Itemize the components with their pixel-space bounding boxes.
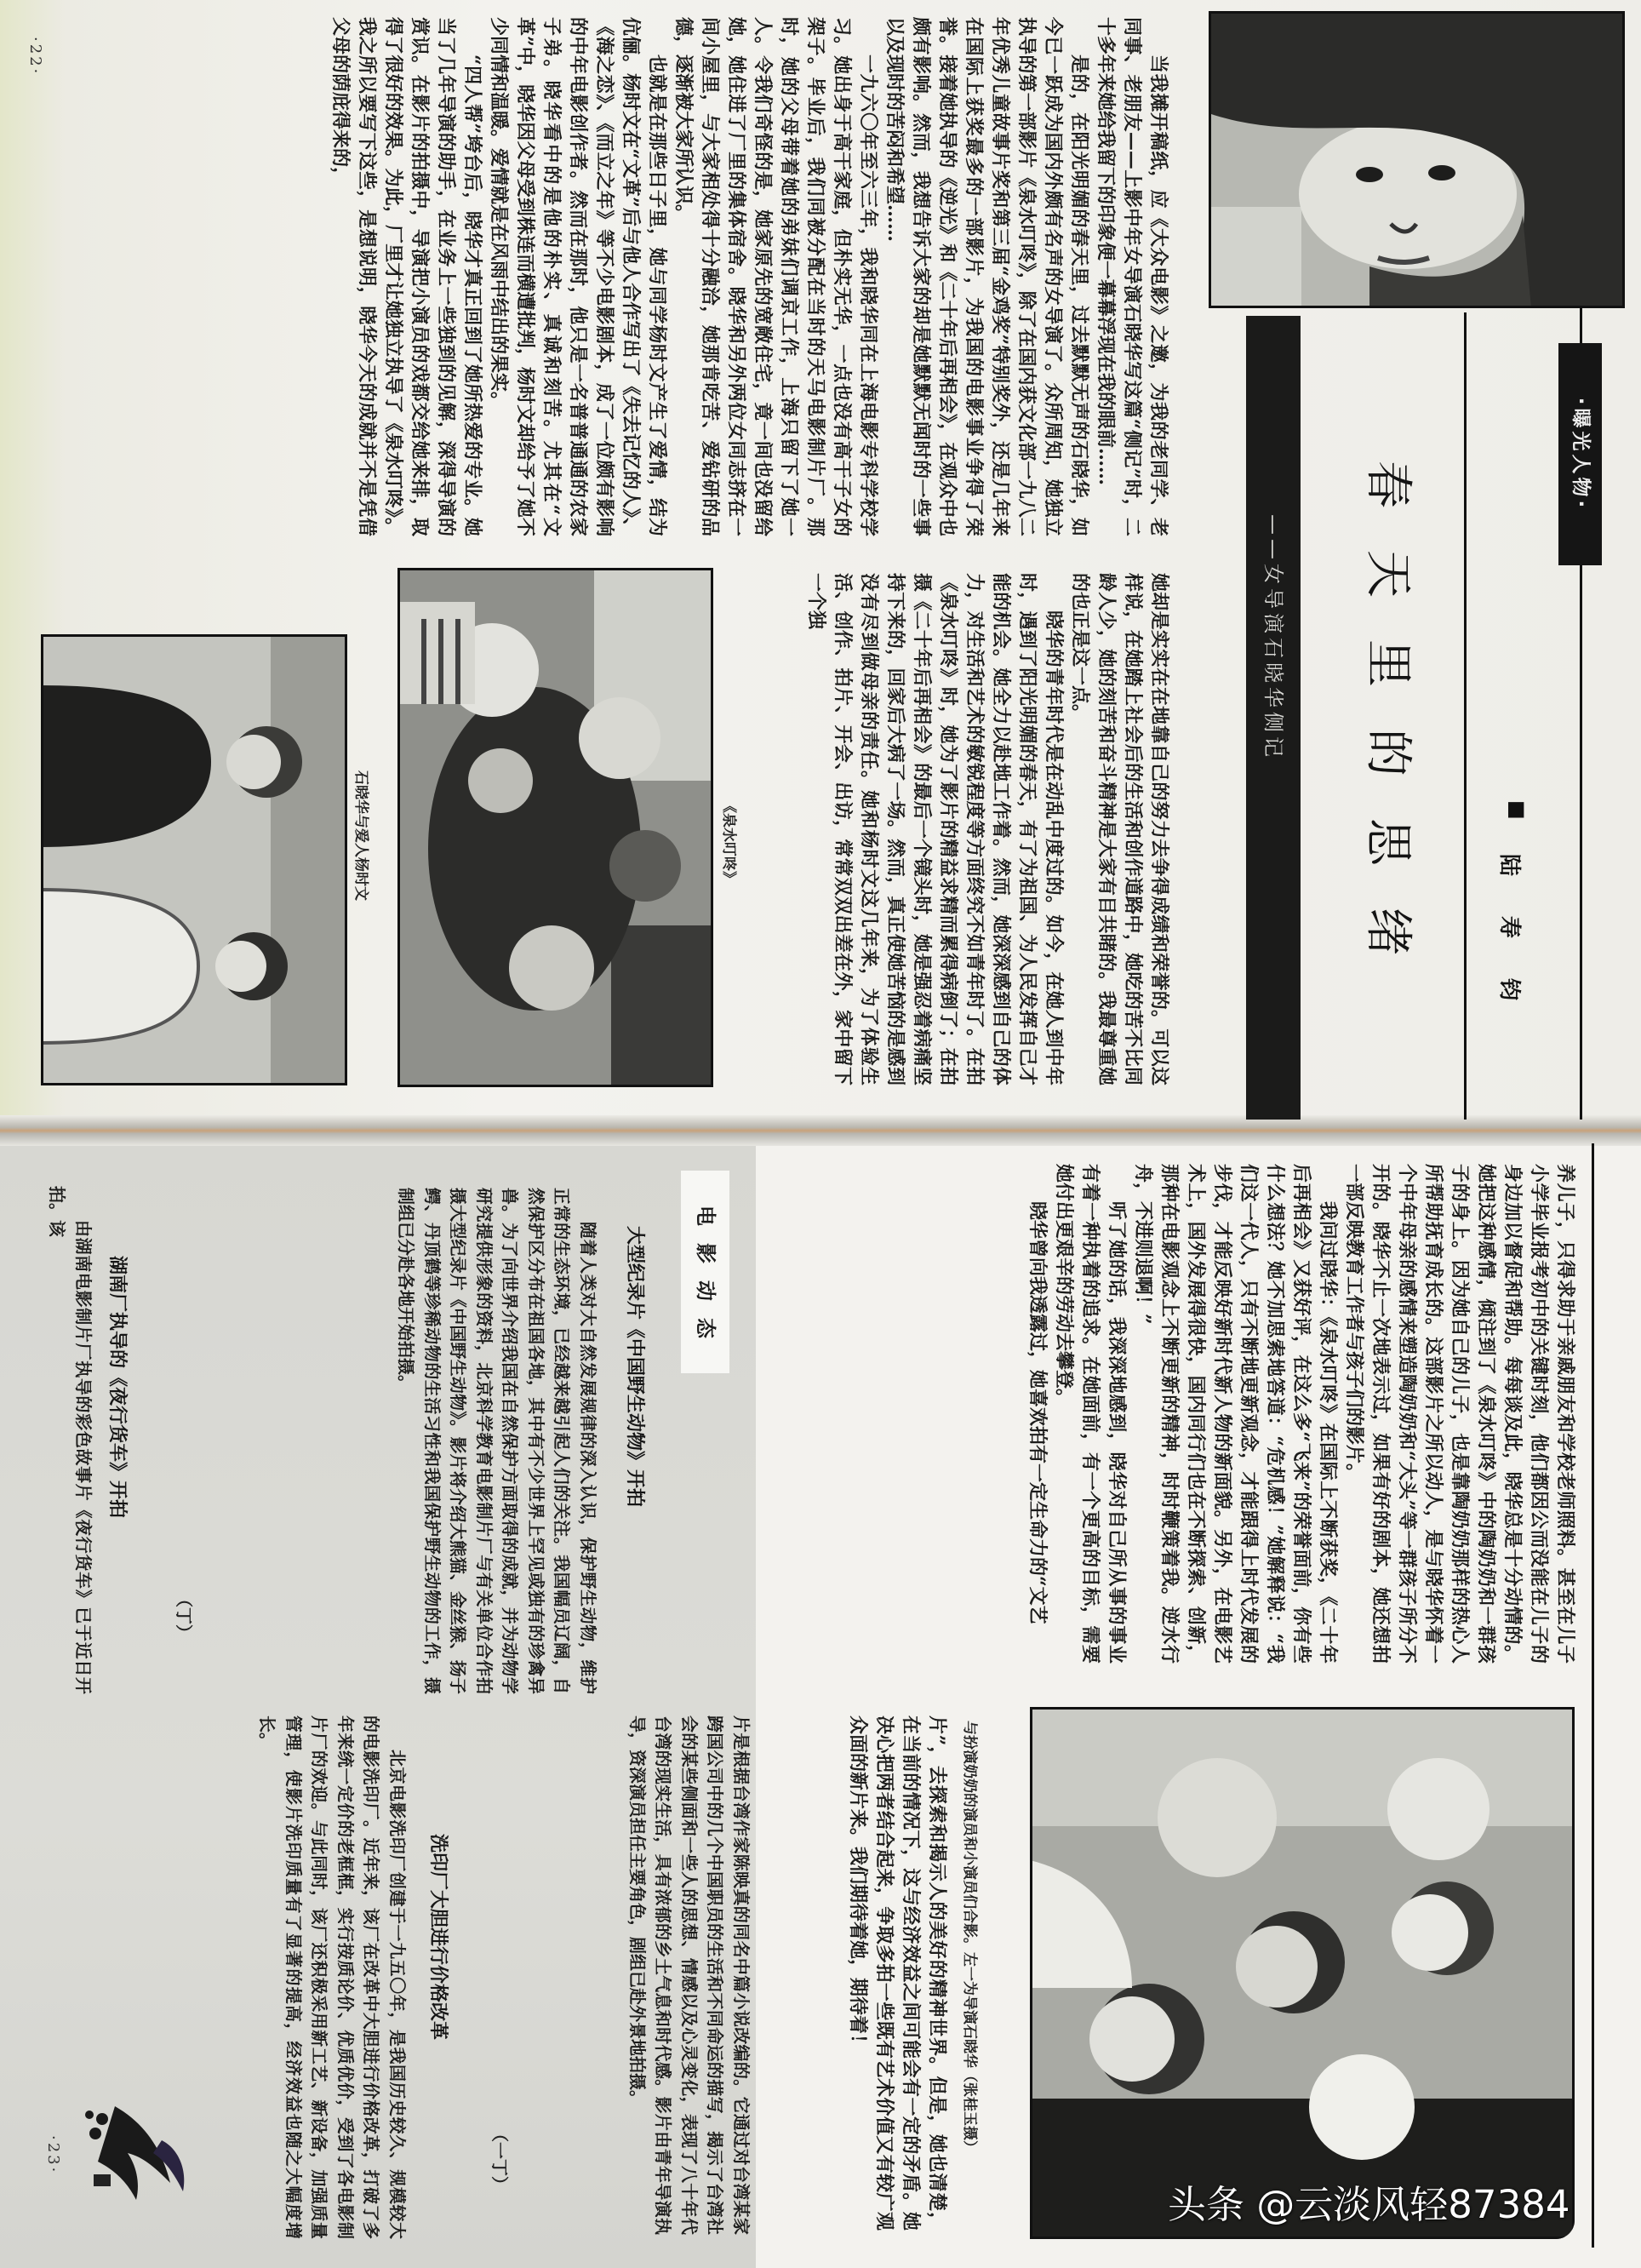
group-photo xyxy=(1030,1707,1575,2239)
news-item-1-body: 随着人类对大自然发展规律的深入认识，保护野生动物，维护正常的生态环境，已经越来越… xyxy=(211,1188,601,1694)
news-item-1-signature: （丁） xyxy=(174,1590,194,1641)
portrait-image xyxy=(1209,11,1625,308)
news-item-2-body-continued: 片是根据台湾作家陈映真的同名中篇小说改编的。它通过对台湾某家跨国公司中的几个中国… xyxy=(519,1715,754,2235)
page-fold-gutter xyxy=(0,1115,1641,1146)
news-item-3-title: 洗印厂大胆进行价格改革 xyxy=(426,1834,449,2040)
paragraph: 养儿子，只得求助于亲戚朋友和学校老师照料。甚至在儿子小学毕业报考初中的关键时刻，… xyxy=(1341,1164,1578,1664)
page-23-top-rule xyxy=(1592,1143,1594,2248)
paragraph: 晓华的青年时代是在动乱中度过的。如今，在她人到中年时，遇到了阳光明媚的春天，有了… xyxy=(803,573,1066,1085)
page-number-23: ·23· xyxy=(44,2135,62,2174)
group-image xyxy=(1030,1707,1575,2239)
magazine-spread: ·曝光人物· ■ 陆寿钧 春天里的思绪 ——女导演石晓华侧记 当我摊开稿纸，应《… xyxy=(0,0,1641,2268)
paragraph: 也就是在那些日子里，她与同学杨时文产生了爱情，结为伉俪。杨时文在“文革”后与他人… xyxy=(485,17,670,536)
magazine-logo-icon xyxy=(81,2089,196,2217)
group-photo-caption: 与扮演奶奶的演员和小演员们合影。左一为导演石晓华（张桂玉摄） xyxy=(961,1721,978,2155)
paragraph: 听了她的话，我深深地感到，晓华对自己所从事的事业有着一种执着的追求。在她面前，有… xyxy=(1050,1164,1129,1664)
news-item-2-title: 湖南厂执导的《夜行货车》开拍 xyxy=(106,1256,128,1518)
author-name: 陆寿钧 xyxy=(1498,854,1520,1040)
article-column-2: 她却是实实在在地靠自己的努力去争得成绩和荣誉的。可以这样说，在她踏上社会后的生活… xyxy=(775,573,1172,1085)
film-still-photo xyxy=(397,568,713,1087)
paragraph: 当我摊开稿纸，应《大众电影》之邀，为我的老同学、老同事、老朋友——上影中年女导演… xyxy=(1092,17,1171,536)
portrait-photo xyxy=(1209,11,1625,308)
news-item-2-signature: （一丁） xyxy=(489,2125,510,2193)
article-column-1: 当我摊开稿纸，应《大众电影》之邀，为我的老同学、老同事、老朋友——上影中年女导演… xyxy=(63,17,1171,536)
page-number-22: ·22· xyxy=(26,37,44,76)
news-item-2-body-start: 由湖南电影制片厂执导的彩色故事片《夜行货车》已于近日开拍。该 xyxy=(18,1186,96,1694)
paragraph: 片是根据台湾作家陈映真的同名中篇小说改编的。它通过对台湾某家跨国公司中的几个中国… xyxy=(625,1715,755,2235)
paragraph: 北京电影洗印厂创建于一九五〇年，是我国历史较久、规模较大的电影洗印厂。近年来，该… xyxy=(254,1715,410,2239)
news-section-label: 电影动态 xyxy=(681,1171,729,1373)
article-title: 春天里的思绪 xyxy=(1364,461,1411,997)
paragraph: “四人帮”垮台后，晓华才真正回到了她所热爱的专业。她当了几年导演的助手，在业务上… xyxy=(327,17,485,536)
subtitle-bar: ——女导演石晓华侧记 xyxy=(1246,316,1301,1120)
article-ending-column: 片”，去探索和揭示人的美好的精神世界。但是，她也清楚，在当前的情况下，这与经济效… xyxy=(788,1715,950,2231)
couple-photo xyxy=(41,634,347,1085)
paragraph: 是的，在阳光明媚的春天里，过去默默无声的石晓华，如今已一跃成为国内外颇有名声的女… xyxy=(881,17,1092,536)
paragraph: 片”，去探索和揭示人的美好的精神世界。但是，她也清楚，在当前的情况下，这与经济效… xyxy=(844,1715,950,2231)
paragraph: 一九六〇年至六三年，我和晓华同在上海电影专科学校学习。她出身于高干家庭，但朴实无… xyxy=(670,17,881,536)
article-continuation-column: 养儿子，只得求助于亲戚朋友和学校老师照料。甚至在儿子小学毕业报考初中的关键时刻，… xyxy=(781,1164,1578,1664)
photo-caption-couple: 石晓华与爱人杨时文 xyxy=(352,770,369,901)
source-watermark: 头条 @云淡风轻87384 xyxy=(1168,2185,1570,2225)
couple-image xyxy=(41,634,347,1085)
article-subtitle: ——女导演石晓华侧记 xyxy=(1246,514,1301,761)
author-marker-icon: ■ xyxy=(1507,800,1529,820)
paragraph: 我问过晓华：《泉水叮咚》在国际上不断获奖，《二十年后再相会》又获好评，在这么多“… xyxy=(1129,1164,1341,1664)
paragraph: 随着人类对大自然发展规律的深入认识，保护野生动物，维护正常的生态环境，已经越来越… xyxy=(393,1188,601,1694)
column-label: ·曝光人物· xyxy=(1558,343,1602,565)
paragraph: 由湖南电影制片厂执导的彩色故事片《夜行货车》已于近日开拍。该 xyxy=(44,1186,96,1694)
paragraph: 晓华曾向我透露过，她喜欢拍有一定生命力的“文艺 xyxy=(1024,1164,1050,1664)
film-still-image xyxy=(397,568,713,1087)
photo-caption-film: 《泉水叮咚》 xyxy=(720,799,737,885)
paragraph: 她却是实实在在地靠自己的努力去争得成绩和荣誉的。可以这样说，在她踏上社会后的生活… xyxy=(1066,573,1172,1085)
header-rule-middle xyxy=(1464,312,1467,1120)
news-item-1-title: 大型纪录片《中国野生动物》开拍 xyxy=(623,1226,645,1507)
